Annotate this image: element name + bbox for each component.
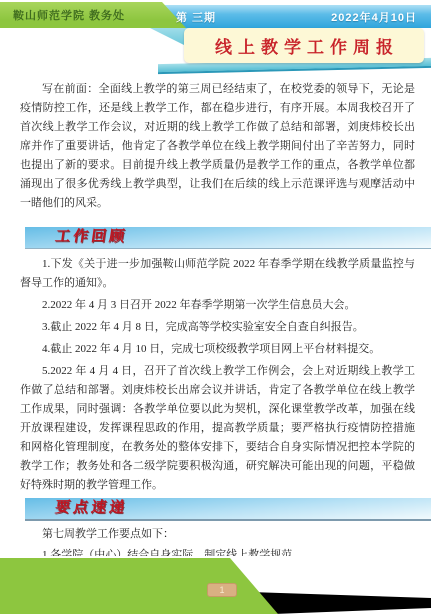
- work-review-item: 2.2022 年 4 月 3 日召开 2022 年春季学期第一次学生信息员大会。: [20, 296, 415, 315]
- section-title-key-points: 要点速递: [54, 499, 129, 518]
- work-review-item: 4.截止 2022 年 4 月 10 日，完成七项校级教学项目网上平台材料提交。: [20, 340, 415, 359]
- report-body: 写在前面：全面线上教学的第三周已经结束了，在校党委的领导下，无论是疫情防控工作，…: [0, 72, 431, 587]
- organization-label: 鞍山师范学院 教务处: [13, 7, 125, 23]
- page-title: 线上教学工作周报: [209, 33, 399, 58]
- key-points-lead: 第七周教学工作要点如下：: [20, 525, 415, 544]
- issue-number-label: 第 三期: [176, 9, 216, 25]
- footer: 1: [0, 556, 431, 614]
- weekly-report-page: 鞍山师范学院 教务处 第 三期 2022年4月10日 线上教学工作周报 写在前面…: [0, 0, 431, 614]
- work-review-item: 5.2022 年 4 月 4 日，召开了首次线上教学工作例会，会上对近期线上教学…: [20, 362, 415, 495]
- work-review-item: 1.下发《关于进一步加强鞍山师范学院 2022 年春季学期在线教学质量监控与督导…: [20, 255, 415, 293]
- masthead: 鞍山师范学院 教务处 第 三期 2022年4月10日 线上教学工作周报: [0, 0, 431, 72]
- section-bar-work-review: 工作回顾: [25, 227, 431, 249]
- title-banner: 线上教学工作周报: [184, 28, 424, 63]
- date-label: 2022年4月10日: [331, 9, 417, 25]
- section-title-work-review: 工作回顾: [54, 228, 129, 247]
- page-number-badge: 1: [207, 583, 237, 597]
- section-bar-key-points: 要点速递: [25, 498, 431, 521]
- work-review-item: 3.截止 2022 年 4 月 8 日，完成高等学校实验室安全自查自纠报告。: [20, 318, 415, 337]
- intro-paragraph: 写在前面：全面线上教学的第三周已经结束了，在校党委的领导下，无论是疫情防控工作，…: [20, 80, 415, 213]
- header-green-band: 鞍山师范学院 教务处: [0, 2, 186, 28]
